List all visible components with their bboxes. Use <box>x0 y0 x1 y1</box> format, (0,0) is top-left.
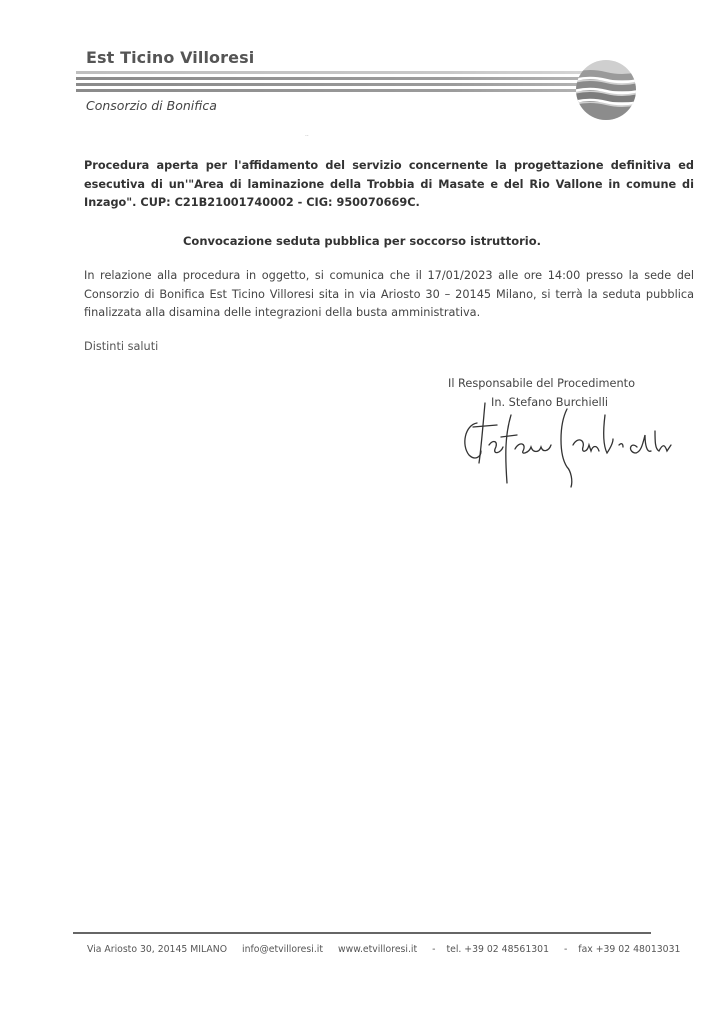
letter-heading: Convocazione seduta pubblica per soccors… <box>0 234 724 248</box>
handwritten-signature-icon <box>455 395 695 490</box>
footer-phone: tel. +39 02 48561301 <box>446 944 549 955</box>
footer-website[interactable]: www.etvilloresi.it <box>338 944 417 955</box>
footer-contacts: Via Ariosto 30, 20145 MILANO info@etvill… <box>87 944 692 955</box>
footer-rule <box>73 932 651 934</box>
scan-mark: ·· <box>305 133 309 140</box>
organization-name: Est Ticino Villoresi <box>86 48 254 67</box>
letter-body: In relazione alla procedura in oggetto, … <box>84 267 694 323</box>
wave-globe-icon <box>574 58 638 122</box>
organization-subtitle: Consorzio di Bonifica <box>86 98 217 113</box>
footer-fax: fax +39 02 48013031 <box>578 944 680 955</box>
footer-address: Via Ariosto 30, 20145 MILANO <box>87 944 227 955</box>
header-stripes <box>76 71 606 95</box>
letter-subject: Procedura aperta per l'affidamento del s… <box>84 157 694 213</box>
footer-separator: - <box>564 944 567 955</box>
closing-greeting: Distinti saluti <box>84 340 158 353</box>
letter-page: Est Ticino Villoresi Consorzio di Bonifi… <box>0 0 724 1024</box>
footer-separator: - <box>432 944 435 955</box>
signatory-role: Il Responsabile del Procedimento <box>448 377 635 390</box>
footer-email[interactable]: info@etvilloresi.it <box>242 944 323 955</box>
